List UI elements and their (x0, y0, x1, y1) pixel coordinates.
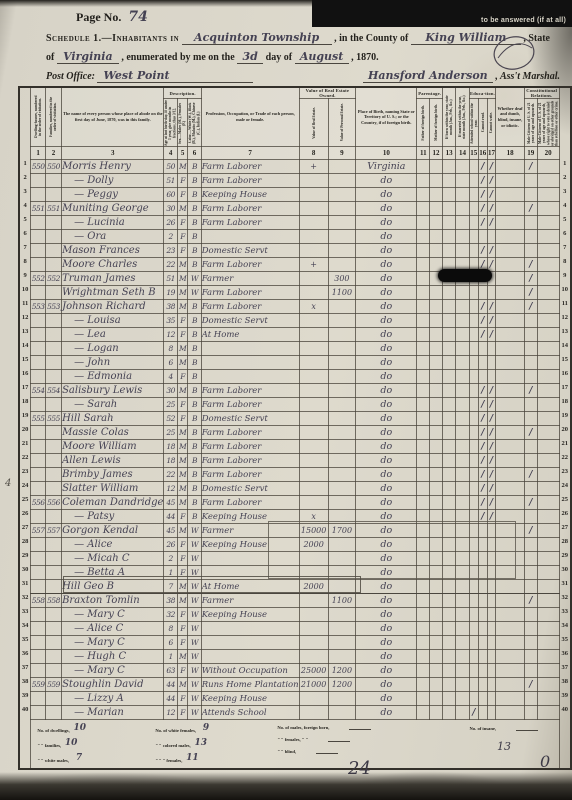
dwelling-number: 551 (31, 202, 46, 216)
male-citizen-mark (524, 636, 537, 650)
attended-school-mark (469, 650, 478, 664)
place-of-birth: do (356, 328, 417, 342)
birth-month (442, 398, 455, 412)
personal-estate-value (328, 244, 356, 258)
color: W (188, 678, 201, 692)
personal-estate-value (328, 608, 356, 622)
mother-foreign-born (430, 244, 443, 258)
cannot-write-mark: / (487, 468, 496, 482)
cannot-read-mark: / (478, 300, 487, 314)
mother-foreign-born (430, 398, 443, 412)
person-name: — Edmonia (62, 370, 164, 384)
column-number: 2 (45, 147, 61, 160)
vote-denied-mark (537, 384, 559, 398)
real-estate-value: + (299, 160, 328, 174)
attended-school-mark (469, 328, 478, 342)
mother-foreign-born (430, 328, 443, 342)
col-head-occupation: Profession, Occupation, or Trade of each… (201, 87, 299, 147)
occupation: Keeping House (201, 608, 299, 622)
vote-denied-mark (537, 412, 559, 426)
attended-school-mark (469, 342, 478, 356)
male-citizen-mark: / (524, 524, 537, 538)
column-number: 12 (430, 147, 443, 160)
sex: M (177, 482, 188, 496)
column-numbers-row: 1234567891011121314151617181920 (19, 147, 571, 160)
married-month (456, 244, 469, 258)
month-entry: August (295, 50, 349, 64)
vote-denied-mark (537, 230, 559, 244)
cannot-write-mark (487, 342, 496, 356)
male-citizen-mark (524, 566, 537, 580)
mother-foreign-born (430, 314, 443, 328)
personal-estate-value (328, 356, 356, 370)
age: 50 (164, 160, 177, 174)
column-number: 6 (188, 147, 201, 160)
family-number (45, 650, 61, 664)
disability (496, 608, 525, 622)
dwelling-number (31, 328, 46, 342)
line-number-right: 17 (559, 384, 571, 398)
personal-estate-value: 1200 (328, 664, 356, 678)
vote-denied-mark (537, 342, 559, 356)
occupation: Farm Laborer (201, 468, 299, 482)
line-number-left: 25 (19, 496, 31, 510)
disability (496, 594, 525, 608)
footer-handwritten-note: 13 (497, 740, 511, 753)
table-row: 37— Mary C63FWWithout Occupation25000120… (19, 664, 571, 678)
person-name: — Mary C (62, 664, 164, 678)
cannot-write-mark (487, 692, 496, 706)
cannot-read-mark (478, 230, 487, 244)
male-citizen-mark: / (524, 272, 537, 286)
line-number-right: 39 (559, 692, 571, 706)
occupation (201, 342, 299, 356)
family-number (45, 342, 61, 356)
line-number-left: 29 (19, 552, 31, 566)
person-name: Moore William (62, 440, 164, 454)
occupation: Farm Laborer (201, 258, 299, 272)
birth-month (442, 174, 455, 188)
cannot-write-mark (487, 580, 496, 594)
person-name: — Alice C (62, 622, 164, 636)
cannot-write-mark: / (487, 454, 496, 468)
person-name: Truman James (62, 272, 164, 286)
sex: M (177, 454, 188, 468)
birth-month (442, 202, 455, 216)
disability (496, 440, 525, 454)
column-number: 18 (496, 147, 525, 160)
line-number-right: 5 (559, 216, 571, 230)
table-row: 39— Lizzy A44FWKeeping Housedo39 (19, 692, 571, 706)
disability (496, 314, 525, 328)
color: W (188, 594, 201, 608)
age: 25 (164, 426, 177, 440)
cannot-write-mark: / (487, 482, 496, 496)
father-foreign-born (417, 230, 430, 244)
attended-school-mark (469, 594, 478, 608)
occupation: Farm Laborer (201, 496, 299, 510)
summary-label: No. of males, foreign born, (277, 725, 329, 730)
real-estate-value (299, 468, 328, 482)
male-citizen-mark: / (524, 426, 537, 440)
column-number: 20 (537, 147, 559, 160)
summary-line: No. of males, foreign born, (277, 723, 419, 730)
cannot-write-mark: / (487, 440, 496, 454)
married-month (456, 482, 469, 496)
age: 6 (164, 356, 177, 370)
family-number (45, 622, 61, 636)
col-head-married-month: If married within the year, state month … (456, 87, 469, 147)
vote-denied-mark (537, 552, 559, 566)
dwelling-number: 555 (31, 412, 46, 426)
scan-bottom-edge (0, 772, 572, 800)
married-month (456, 706, 469, 720)
sex: F (177, 552, 188, 566)
personal-estate-value (328, 650, 356, 664)
line-number-left: 39 (19, 692, 31, 706)
birth-month (442, 384, 455, 398)
left-margin-mark: 4 (5, 478, 11, 489)
line-number-right: 35 (559, 636, 571, 650)
mother-foreign-born (430, 412, 443, 426)
attended-school-mark (469, 160, 478, 174)
line-number-left: 33 (19, 608, 31, 622)
personal-estate-value (328, 692, 356, 706)
corner-instruction-band: to be answered (if at all) (312, 0, 572, 27)
personal-estate-value (328, 496, 356, 510)
line-number-left: 3 (19, 188, 31, 202)
occupation (201, 636, 299, 650)
father-foreign-born (417, 160, 430, 174)
dwelling-number: 556 (31, 496, 46, 510)
personal-estate-value (328, 482, 356, 496)
vote-denied-mark (537, 566, 559, 580)
col-head-real-estate: Value of Real Estate. (299, 99, 328, 147)
age: 52 (164, 412, 177, 426)
married-month (456, 188, 469, 202)
dwelling-number (31, 370, 46, 384)
male-citizen-mark: / (524, 258, 537, 272)
cannot-read-mark: / (478, 202, 487, 216)
bottom-right-handwritten-number: 0 (540, 752, 550, 771)
vote-denied-mark (537, 594, 559, 608)
married-month (456, 580, 469, 594)
father-foreign-born (417, 706, 430, 720)
disability (496, 286, 525, 300)
line-number-right: 11 (559, 300, 571, 314)
birth-month (442, 300, 455, 314)
male-citizen-mark (524, 398, 537, 412)
table-row: 34— Alice C8FWdo34 (19, 622, 571, 636)
table-row: 35— Mary C6FWdo35 (19, 636, 571, 650)
personal-estate-value (328, 384, 356, 398)
mother-foreign-born (430, 678, 443, 692)
mother-foreign-born (430, 440, 443, 454)
occupation: Farm Laborer (201, 202, 299, 216)
blank-rule (328, 735, 350, 742)
person-name: — Ora (62, 230, 164, 244)
attended-school-mark (469, 314, 478, 328)
family-number (45, 580, 61, 594)
disability (496, 356, 525, 370)
line-number-left: 13 (19, 328, 31, 342)
summary-value: 9 (199, 723, 213, 733)
birth-month (442, 216, 455, 230)
family-number: 554 (45, 384, 61, 398)
cannot-read-mark (478, 664, 487, 678)
real-estate-value: 21000 (299, 678, 328, 692)
summary-label: " " colored males, (155, 743, 190, 748)
cannot-write-mark: / (487, 426, 496, 440)
table-row: 7Mason Frances23FBDomestic Servtdo//7 (19, 244, 571, 258)
summary-line: " " " females,11 (155, 753, 269, 763)
age: 4 (164, 370, 177, 384)
dwelling-number (31, 538, 46, 552)
occupation: Farm Laborer (201, 174, 299, 188)
dwelling-number (31, 426, 46, 440)
column-number: 1 (31, 147, 46, 160)
disability (496, 174, 525, 188)
family-number (45, 664, 61, 678)
mother-foreign-born (430, 482, 443, 496)
male-citizen-mark: / (524, 678, 537, 692)
attended-school-mark (469, 608, 478, 622)
family-number (45, 230, 61, 244)
family-number (45, 356, 61, 370)
dwelling-number: 558 (31, 594, 46, 608)
dwelling-number (31, 454, 46, 468)
place-of-birth: do (356, 398, 417, 412)
occupation: Farm Laborer (201, 454, 299, 468)
birth-month (442, 426, 455, 440)
family-number (45, 706, 61, 720)
married-month (456, 286, 469, 300)
disability (496, 244, 525, 258)
disability (496, 258, 525, 272)
birth-month (442, 482, 455, 496)
age: 19 (164, 286, 177, 300)
male-citizen-mark: / (524, 202, 537, 216)
vote-denied-mark (537, 524, 559, 538)
line-number-right: 8 (559, 258, 571, 272)
column-number: 11 (417, 147, 430, 160)
age: 8 (164, 622, 177, 636)
occupation: Farmer (201, 594, 299, 608)
personal-estate-value (328, 342, 356, 356)
vote-denied-mark (537, 286, 559, 300)
cannot-read-mark (478, 594, 487, 608)
cannot-read-mark: / (478, 482, 487, 496)
color: B (188, 426, 201, 440)
occupation (201, 370, 299, 384)
table-row: 38559559Stoughlin David44MWRuns Home Pla… (19, 678, 571, 692)
census-table-body: 1550550Morris Henry50MBFarm Laborer+Virg… (19, 160, 571, 720)
disability (496, 188, 525, 202)
row-31-annotation-box (63, 576, 361, 593)
census-table: Dwelling-houses, numbered in the order o… (18, 86, 572, 770)
age: 45 (164, 524, 177, 538)
dwelling-number (31, 244, 46, 258)
cannot-write-mark (487, 636, 496, 650)
age: 18 (164, 454, 177, 468)
real-estate-value (299, 608, 328, 622)
table-row: 20Massie Colas25MBFarm Laborerdo///20 (19, 426, 571, 440)
disability (496, 160, 525, 174)
disability (496, 412, 525, 426)
person-name: Morris Henry (62, 160, 164, 174)
dwelling-number (31, 510, 46, 524)
cannot-write-mark: / (487, 412, 496, 426)
summary-label: " " " females, (155, 758, 182, 763)
family-number (45, 636, 61, 650)
mother-foreign-born (430, 160, 443, 174)
father-foreign-born (417, 286, 430, 300)
person-name: — Lizzy A (62, 692, 164, 706)
cannot-read-mark (478, 370, 487, 384)
father-foreign-born (417, 216, 430, 230)
cannot-read-mark (478, 580, 487, 594)
personal-estate-value (328, 636, 356, 650)
dwelling-number (31, 622, 46, 636)
line-number-left: 37 (19, 664, 31, 678)
dwelling-number (31, 216, 46, 230)
dwelling-number (31, 356, 46, 370)
vote-denied-mark (537, 622, 559, 636)
dwelling-number: 554 (31, 384, 46, 398)
male-citizen-mark (524, 356, 537, 370)
color: B (188, 174, 201, 188)
schedule-line1-prefix: Schedule 1.—Inhabitants in (46, 33, 179, 44)
col-head-cannot-write: Cannot write. (487, 99, 496, 147)
family-number (45, 174, 61, 188)
birth-month (442, 244, 455, 258)
col-head-family: Families, numbered in the order of visit… (45, 87, 61, 147)
blank-rule (316, 747, 338, 754)
color: B (188, 510, 201, 524)
cannot-read-mark: / (478, 496, 487, 510)
male-citizen-mark (524, 230, 537, 244)
line-number-left: 19 (19, 412, 31, 426)
table-row: 32558558Braxton Tomlin38MWFarmer1100do/3… (19, 594, 571, 608)
married-month (456, 496, 469, 510)
table-row: 4551551Muniting George30MBFarm Laborerdo… (19, 202, 571, 216)
father-foreign-born (417, 636, 430, 650)
color: B (188, 440, 201, 454)
real-estate-value (299, 692, 328, 706)
married-month (456, 216, 469, 230)
cannot-read-mark (478, 636, 487, 650)
age: 2 (164, 552, 177, 566)
summary-col-3: No. of males, foreign born," " females, … (271, 720, 421, 768)
real-estate-value (299, 454, 328, 468)
person-name: Johnson Richard (62, 300, 164, 314)
occupation: Domestic Servt (201, 314, 299, 328)
census-table-head: Dwelling-houses, numbered in the order o… (19, 87, 571, 160)
line-number-left: 21 (19, 440, 31, 454)
father-foreign-born (417, 328, 430, 342)
color: W (188, 650, 201, 664)
line-number-left: 34 (19, 622, 31, 636)
disability (496, 664, 525, 678)
dwelling-number (31, 440, 46, 454)
age: 30 (164, 202, 177, 216)
vote-denied-mark (537, 216, 559, 230)
vote-denied-mark (537, 482, 559, 496)
line-number-left: 9 (19, 272, 31, 286)
state-entry: Virginia (57, 50, 119, 64)
color: B (188, 454, 201, 468)
summary-label: No. of dwellings, (37, 728, 69, 733)
attended-school-mark (469, 202, 478, 216)
sex: M (177, 678, 188, 692)
occupation: Runs Home Plantation (201, 678, 299, 692)
line-number-right: 12 (559, 314, 571, 328)
age: 44 (164, 692, 177, 706)
birth-month (442, 594, 455, 608)
mother-foreign-born (430, 692, 443, 706)
line-number-right: 25 (559, 496, 571, 510)
column-number: 17 (487, 147, 496, 160)
real-estate-value (299, 706, 328, 720)
person-name: Gorgon Kendal (62, 524, 164, 538)
dwelling-number (31, 258, 46, 272)
personal-estate-value (328, 314, 356, 328)
line-number-right: 18 (559, 398, 571, 412)
color: B (188, 398, 201, 412)
color: B (188, 412, 201, 426)
cannot-write-mark: / (487, 216, 496, 230)
mother-foreign-born (430, 370, 443, 384)
family-number (45, 552, 61, 566)
age: 51 (164, 272, 177, 286)
personal-estate-value (328, 230, 356, 244)
place-of-birth: do (356, 412, 417, 426)
color: B (188, 244, 201, 258)
married-month (456, 174, 469, 188)
summary-line: " " colored males,13 (155, 738, 269, 748)
sex: M (177, 524, 188, 538)
cannot-write-mark (487, 286, 496, 300)
vote-denied-mark (537, 370, 559, 384)
birth-month (442, 678, 455, 692)
sex: M (177, 258, 188, 272)
disability (496, 706, 525, 720)
person-name: Braxton Tomlin (62, 594, 164, 608)
place-of-birth: do (356, 636, 417, 650)
col-head-vote-denied: Male Citizens of U. S. of 21 years of ag… (537, 99, 559, 147)
birth-month (442, 328, 455, 342)
occupation: Farm Laborer (201, 300, 299, 314)
real-estate-value: + (299, 258, 328, 272)
table-row: 33— Mary C32FWKeeping Housedo33 (19, 608, 571, 622)
col-head-mother-foreign: Mother of foreign birth. (430, 99, 443, 147)
family-number (45, 538, 61, 552)
age: 38 (164, 594, 177, 608)
line-number-right: 34 (559, 622, 571, 636)
age: 44 (164, 510, 177, 524)
father-foreign-born (417, 692, 430, 706)
disability (496, 216, 525, 230)
father-foreign-born (417, 370, 430, 384)
place-of-birth: do (356, 650, 417, 664)
line-number-left: 6 (19, 230, 31, 244)
male-citizen-mark (524, 174, 537, 188)
mother-foreign-born (430, 426, 443, 440)
family-number (45, 692, 61, 706)
col-head-color: Color.—White (W.), Black (B.), Mulatto (… (188, 99, 201, 147)
color: B (188, 230, 201, 244)
married-month (456, 468, 469, 482)
